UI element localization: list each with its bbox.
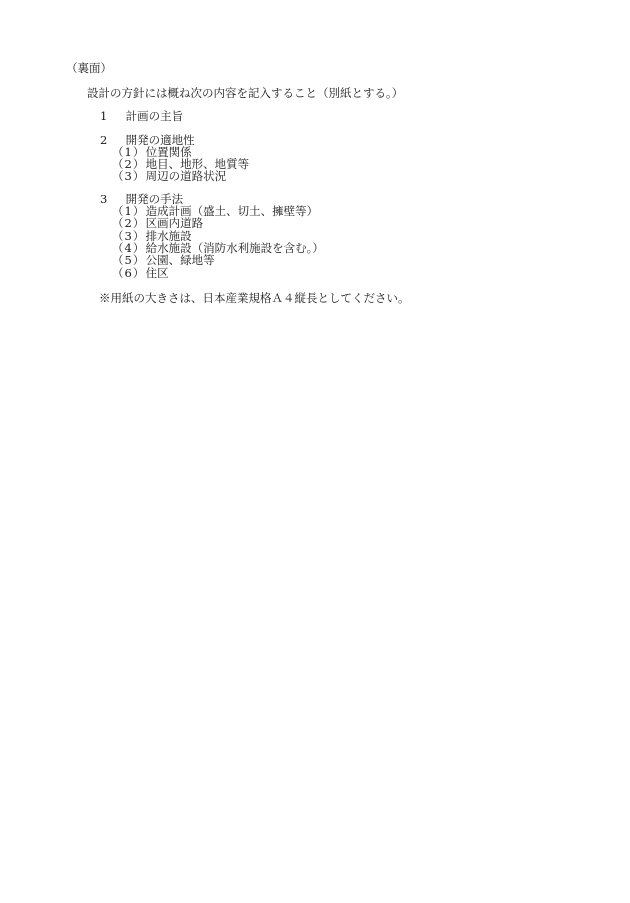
item-text: 住区 xyxy=(146,266,169,280)
list-item: （6） 住区 xyxy=(112,267,169,279)
item-number: （5） xyxy=(112,254,142,266)
side-label: （裏面） xyxy=(66,62,112,74)
paper-size-note: ※用紙の大きさは、日本産業規格Ａ４縦長としてください。 xyxy=(99,292,410,304)
list-item: （5） 公園、緑地等 xyxy=(112,254,215,266)
section-number: 1 xyxy=(100,110,122,122)
list-item: （3） 周辺の道路状況 xyxy=(112,170,226,182)
item-text: 周辺の道路状況 xyxy=(146,169,227,183)
intro-text: 設計の方針には概ね次の内容を記入すること（別紙とする。） xyxy=(87,87,403,99)
item-text: 公園、緑地等 xyxy=(146,253,215,267)
document-page: （裏面） 設計の方針には概ね次の内容を記入すること（別紙とする。） 1 計画の主… xyxy=(0,0,630,903)
section-title: 計画の主旨 xyxy=(126,109,184,123)
item-number: （2） xyxy=(112,217,142,229)
section-1-heading: 1 計画の主旨 xyxy=(100,110,183,122)
list-item: （2） 区画内道路 xyxy=(112,217,203,229)
item-text: 区画内道路 xyxy=(146,216,204,230)
item-number: （3） xyxy=(112,170,142,182)
item-number: （6） xyxy=(112,267,142,279)
